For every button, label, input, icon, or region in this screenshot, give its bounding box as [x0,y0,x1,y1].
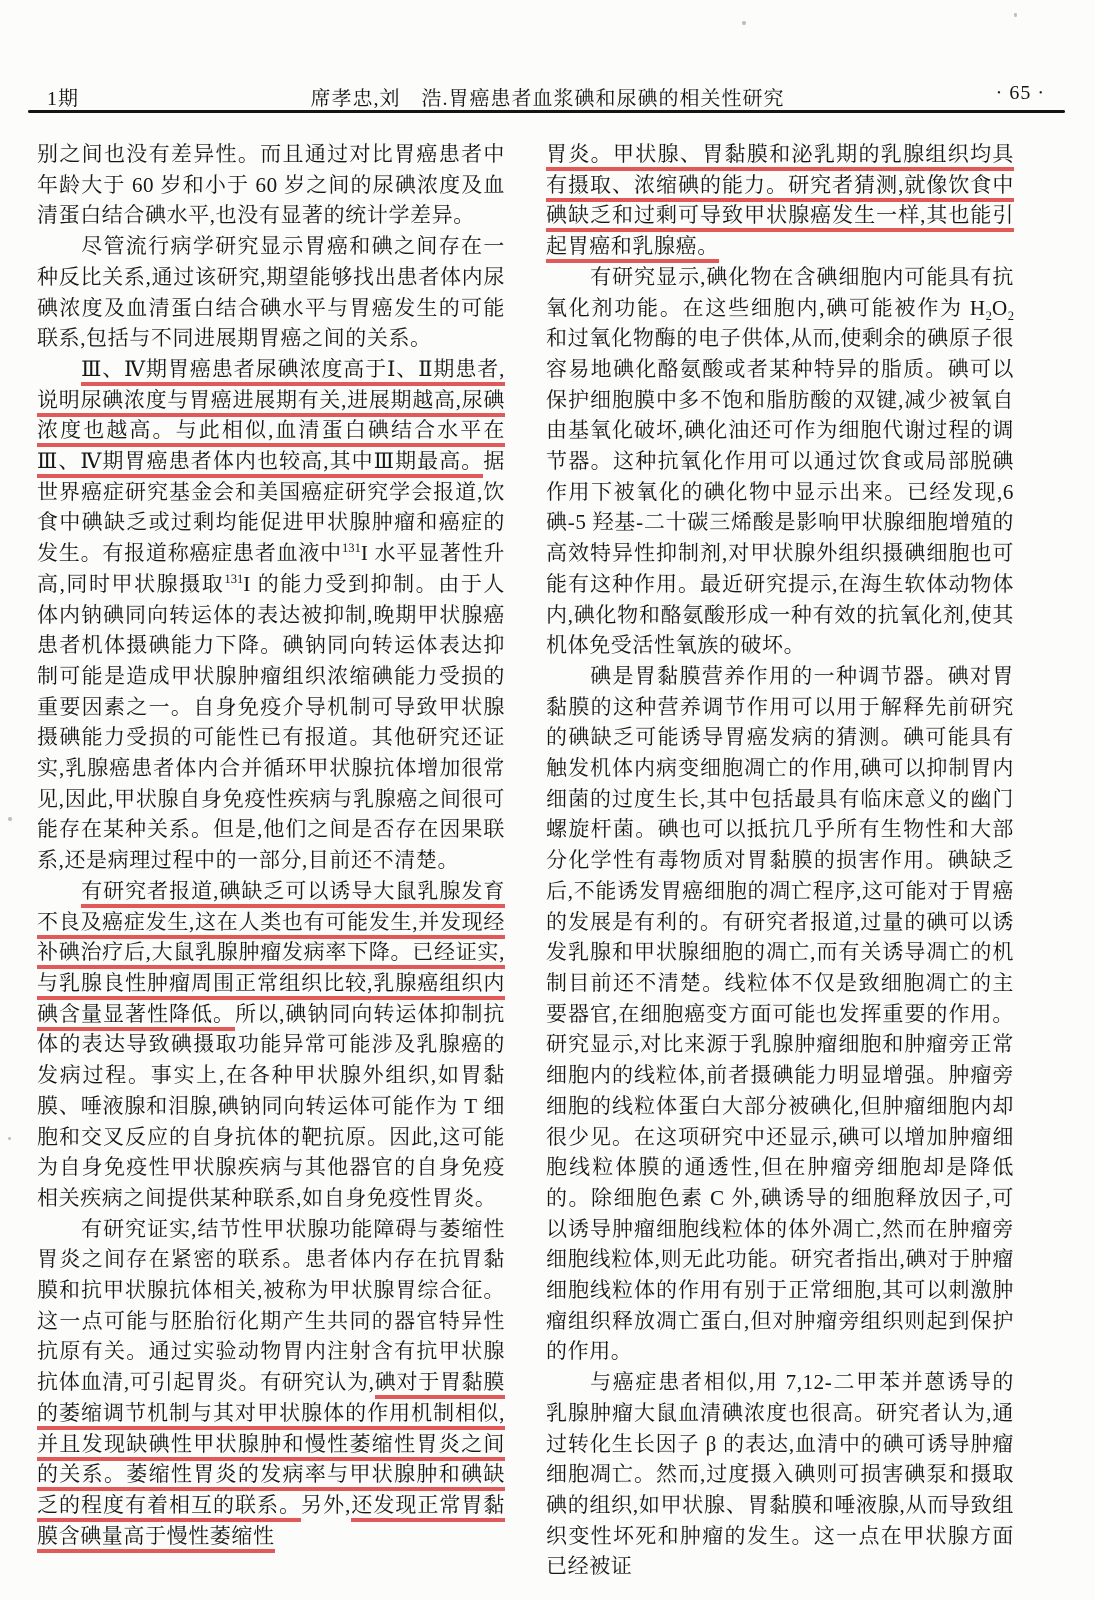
red-underlined-text: 甲状腺、胃黏膜和泌乳期的乳腺组织均具有摄取、浓缩碘的能力。研究者猜测,就像饮食中… [546,142,1014,263]
paragraph: 与癌症患者相似,用 7,12-二甲苯并蒽诱导的乳腺肿瘤大鼠血清碘浓度也很高。研究… [546,1367,1014,1582]
red-underlined-text: Ⅲ、Ⅳ期胃癌患者尿碘浓度高于Ⅰ、Ⅱ期患者,说明尿碘浓度与胃癌进展期有关,进展期越… [37,357,505,478]
text-segment: 有研究证实,结节性甲状腺功能障碍与萎缩性胃炎之间存在紧密的联系。患者体内存在抗胃… [37,1217,505,1395]
red-underlined-text: 胃炎。 [546,142,613,171]
paragraph: 有研究证实,结节性甲状腺功能障碍与萎缩性胃炎之间存在紧密的联系。患者体内存在抗胃… [37,1214,505,1552]
text-segment: 别之间也没有差异性。而且通过对比胃癌患者中年龄大于 60 岁和小于 60 岁之间… [37,142,505,227]
text-segment: 131 [224,572,243,586]
running-title: 席孝忠,刘 浩.胃癌患者血浆碘和尿碘的相关性研究 [0,82,1095,111]
text-segment: 有研究显示,碘化物在含碘细胞内可能具有抗氧化剂功能。在这些细胞内,碘可能被作为 … [546,265,1014,320]
scan-speck [742,21,746,25]
header-rule [28,110,1065,113]
text-segment: O [992,296,1008,320]
text-segment: 和过氧化物酶的电子供体,从而,使剩余的碘原子很容易地碘化酪氨酸或者某种特异的脂质… [546,326,1014,657]
scan-speck [8,1137,11,1140]
left-column: 别之间也没有差异性。而且通过对比胃癌患者中年龄大于 60 岁和小于 60 岁之间… [37,139,505,1551]
text-segment: 所以,碘钠同向转运体抑制抗体的表达导致碘摄取功能异常可能涉及乳腺癌的发病过程。事… [37,1002,505,1210]
paragraph: 碘是胃黏膜营养作用的一种调节器。碘对胃黏膜的这种营养调节作用可以用于解释先前研究… [546,661,1014,1367]
paragraph: 有研究显示,碘化物在含碘细胞内可能具有抗氧化剂功能。在这些细胞内,碘可能被作为 … [546,262,1014,661]
text-segment: I 的能力受到抑制。由于人体内钠碘同向转运体的表达被抑制,晚期甲状腺癌患者机体摄… [37,572,505,872]
text-segment: 碘是胃黏膜营养作用的一种调节器。碘对胃黏膜的这种营养调节作用可以用于解释先前研究… [546,664,1014,1363]
text-segment: 与癌症患者相似,用 7,12-二甲苯并蒽诱导的乳腺肿瘤大鼠血清碘浓度也很高。研究… [546,1370,1014,1578]
paragraph: Ⅲ、Ⅳ期胃癌患者尿碘浓度高于Ⅰ、Ⅱ期患者,说明尿碘浓度与胃癌进展期有关,进展期越… [37,354,505,876]
text-segment: 另外, [301,1493,351,1517]
paragraph: 胃炎。甲状腺、胃黏膜和泌乳期的乳腺组织均具有摄取、浓缩碘的能力。研究者猜测,就像… [546,139,1014,262]
paragraph: 有研究者报道,碘缺乏可以诱导大鼠乳腺发育不良及癌症发生,这在人类也有可能发生,并… [37,876,505,1214]
text-segment: 尽管流行病学研究显示胃癌和碘之间存在一种反比关系,通过该研究,期望能够找出患者体… [37,234,505,350]
scan-speck [1014,13,1017,17]
scan-speck [8,817,12,821]
text-segment: 2 [1008,309,1014,323]
page-number: · 65 · [996,82,1045,105]
paragraph: 尽管流行病学研究显示胃癌和碘之间存在一种反比关系,通过该研究,期望能够找出患者体… [37,231,505,354]
right-column: 胃炎。甲状腺、胃黏膜和泌乳期的乳腺组织均具有摄取、浓缩碘的能力。研究者猜测,就像… [546,139,1014,1582]
paragraph: 别之间也没有差异性。而且通过对比胃癌患者中年龄大于 60 岁和小于 60 岁之间… [37,139,505,231]
text-segment: 131 [342,541,361,555]
